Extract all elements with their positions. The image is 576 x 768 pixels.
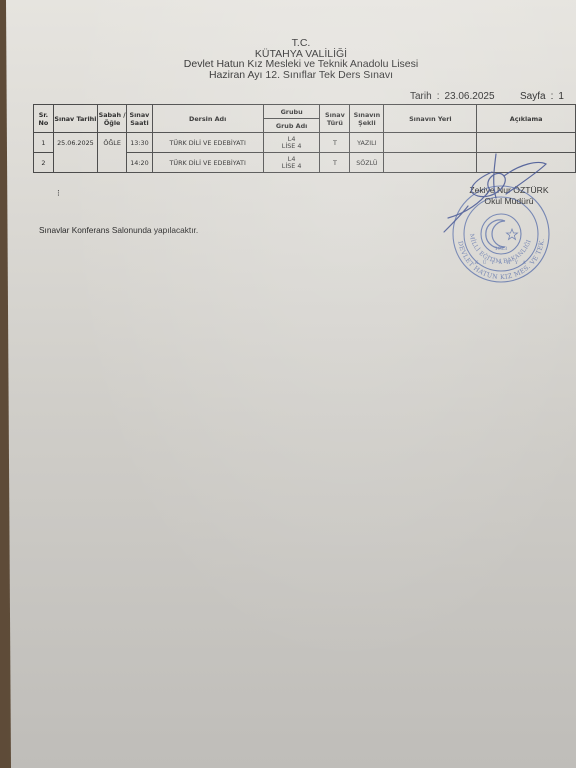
cell-form: YAZILI xyxy=(350,133,384,153)
cell-type: T xyxy=(320,133,350,153)
cell-course: TÜRK DİLİ VE EDEBİYATI xyxy=(152,133,263,153)
page-label: Sayfa xyxy=(520,91,546,102)
document-date: Tarih:23.06.2025 xyxy=(410,91,495,102)
table-header-row: Sr. No Sınav Tarihi Sabah / Öğle Sınav S… xyxy=(34,105,576,119)
cell-type: T xyxy=(320,153,350,173)
document-page-number: Sayfa:1 xyxy=(520,91,564,102)
page-value: 1 xyxy=(558,91,564,102)
header-place: Sınavın Yeri xyxy=(384,105,477,133)
group-name: LİSE 4 xyxy=(264,143,320,150)
cell-no: 1 xyxy=(34,133,54,153)
stamp-year: 1923 xyxy=(495,246,508,252)
cell-no: 2 xyxy=(34,153,54,173)
header-group: Grubu xyxy=(263,105,320,119)
header-group-name: Grub Adı xyxy=(263,119,320,133)
cell-time: 14:20 xyxy=(127,153,152,173)
header-line-exam-title: Haziran Ayı 12. Sınıflar Tek Ders Sınavı xyxy=(6,70,576,81)
header-date: Sınav Tarihi xyxy=(53,105,97,133)
header-form: Sınavın Şekli xyxy=(350,105,384,133)
document-header: T.C. KÜTAHYA VALİLİĞİ Devlet Hatun Kız M… xyxy=(6,38,576,80)
footer-note: Sınavlar Konferans Salonunda yapılacaktı… xyxy=(39,225,198,235)
header-note: Açıklama xyxy=(477,105,576,133)
page-separator: : xyxy=(551,91,554,102)
date-value: 23.06.2025 xyxy=(444,91,494,102)
handwritten-signature-icon xyxy=(434,150,554,240)
date-separator: : xyxy=(437,91,440,102)
cell-course: TÜRK DİLİ VE EDEBİYATI xyxy=(152,153,263,173)
cell-group: L4 LİSE 4 xyxy=(263,153,320,173)
cell-time: 13:30 xyxy=(127,133,152,153)
cell-period: ÖĞLE xyxy=(97,133,126,173)
pen-mark: ⁝ xyxy=(57,190,60,196)
cell-form: SÖZLÜ xyxy=(350,153,384,173)
header-line-school: Devlet Hatun Kız Mesleki ve Teknik Anado… xyxy=(6,59,576,70)
stamp-city: K Ü T A H Y A xyxy=(475,259,527,266)
header-time: Sınav Saati xyxy=(127,105,152,133)
group-name: LİSE 4 xyxy=(264,163,320,170)
cell-date: 25.06.2025 xyxy=(53,133,97,173)
document-page: T.C. KÜTAHYA VALİLİĞİ Devlet Hatun Kız M… xyxy=(6,0,576,768)
header-course: Dersin Adı xyxy=(152,105,263,133)
header-no: Sr. No xyxy=(34,105,54,133)
cell-group: L4 LİSE 4 xyxy=(263,133,320,153)
header-type: Sınav Türü xyxy=(320,105,350,133)
header-period: Sabah / Öğle xyxy=(97,105,126,133)
header-line-republic: T.C. xyxy=(6,38,576,49)
date-label: Tarih xyxy=(410,91,432,102)
